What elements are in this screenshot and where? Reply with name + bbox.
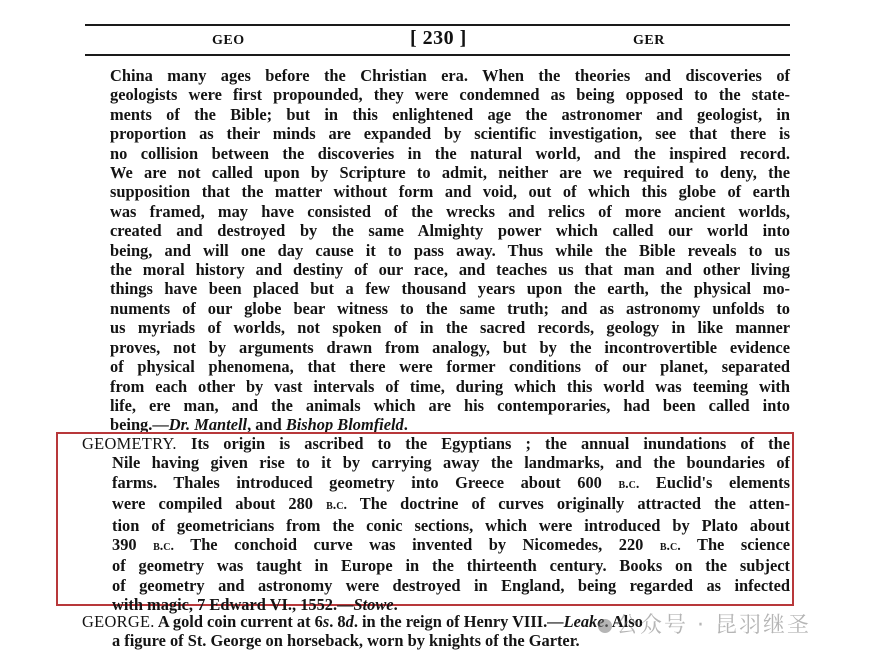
text-line: being, and will one day cause it to pass… <box>110 241 790 260</box>
text-fragment: d <box>346 612 354 631</box>
document-page: GEO [ 230 ] GER China many ages before t… <box>0 0 882 658</box>
text-line: proves, not by arguments drawn from anal… <box>110 338 790 357</box>
text-fragment: The doctrine of curves originally attrac… <box>347 494 790 513</box>
wechat-icon <box>598 619 612 633</box>
text-line: no collision between the discoveries in … <box>110 144 790 163</box>
running-head-left: GEO <box>212 33 245 49</box>
text-line: was framed, may have consisted of the wr… <box>110 202 790 221</box>
text-line: were compiled about 280 b.c. The doctrin… <box>82 494 790 515</box>
header-top-rule <box>85 24 790 26</box>
running-head: GEO [ 230 ] GER <box>85 30 790 52</box>
intro-paragraph: China many ages before the Christian era… <box>110 66 790 435</box>
text-fragment: Its origin is ascribed to the Egyptians … <box>177 434 790 453</box>
text-line: proportion as their minds are expanded b… <box>110 124 790 143</box>
text-fragment: The science <box>681 535 790 554</box>
text-line: Nile having given rise to it by carrying… <box>82 453 790 472</box>
text-line: GEOMETRY. Its origin is ascribed to the … <box>82 434 790 453</box>
page-number: [ 230 ] <box>410 27 467 50</box>
text-line: ments of the Bible; but in this enlighte… <box>110 105 790 124</box>
era-abbrev: b.c. <box>660 539 681 554</box>
text-line: of physical phenomena, that there were f… <box>110 357 790 376</box>
text-line: life, ere man, and the animals which are… <box>110 396 790 415</box>
text-line: the moral history and destiny of our rac… <box>110 260 790 279</box>
text-line: We are not called upon by Scripture to a… <box>110 163 790 182</box>
text-line: us myriads of worlds, not spoken of in t… <box>110 318 790 337</box>
text-line: of geometry was taught in Europe in the … <box>82 556 790 575</box>
text-line: created and destroyed by the same Almigh… <box>110 221 790 240</box>
text-line: from each other by vast intervals of tim… <box>110 377 790 396</box>
text-line: things have been placed but a few thousa… <box>110 279 790 298</box>
header-bottom-rule <box>85 54 790 56</box>
text-line: 390 b.c. The conchoid curve was invented… <box>82 535 790 556</box>
text-fragment: Euclid's elements <box>639 473 790 492</box>
text-fragment: were compiled about 280 <box>112 494 326 513</box>
era-abbrev: b.c. <box>326 498 347 513</box>
entry-geometry: GEOMETRY. Its origin is ascribed to the … <box>82 434 790 615</box>
text-line: tion of geometricians from the conic sec… <box>82 516 790 535</box>
text-fragment: . in the reign of Henry VIII.— <box>354 612 564 631</box>
text-line: numents of our globe bear witness to the… <box>110 299 790 318</box>
text-fragment: farms. Thales introduced geometry into G… <box>112 473 618 492</box>
text-fragment: 390 <box>112 535 153 554</box>
era-abbrev: b.c. <box>618 477 639 492</box>
text-line: China many ages before the Christian era… <box>110 66 790 85</box>
watermark-text: 公众号 · 昆羽继圣 <box>616 613 811 638</box>
text-fragment: The conchoid curve was invented by Nicom… <box>174 535 660 554</box>
text-line: geologists were first propounded, they w… <box>110 85 790 104</box>
text-line: supposition that the matter without form… <box>110 182 790 201</box>
text-line: farms. Thales introduced geometry into G… <box>82 473 790 494</box>
era-abbrev: b.c. <box>153 539 174 554</box>
watermark: 公众号 · 昆羽继圣 <box>598 608 811 639</box>
headword-george: GEORGE. <box>82 612 155 631</box>
text-line: of geometry and astronomy were destroyed… <box>82 576 790 595</box>
headword-geometry: GEOMETRY. <box>82 434 177 453</box>
running-head-right: GER <box>633 33 665 49</box>
text-fragment: . 8 <box>329 612 345 631</box>
text-fragment: A gold coin current at 6 <box>155 612 323 631</box>
